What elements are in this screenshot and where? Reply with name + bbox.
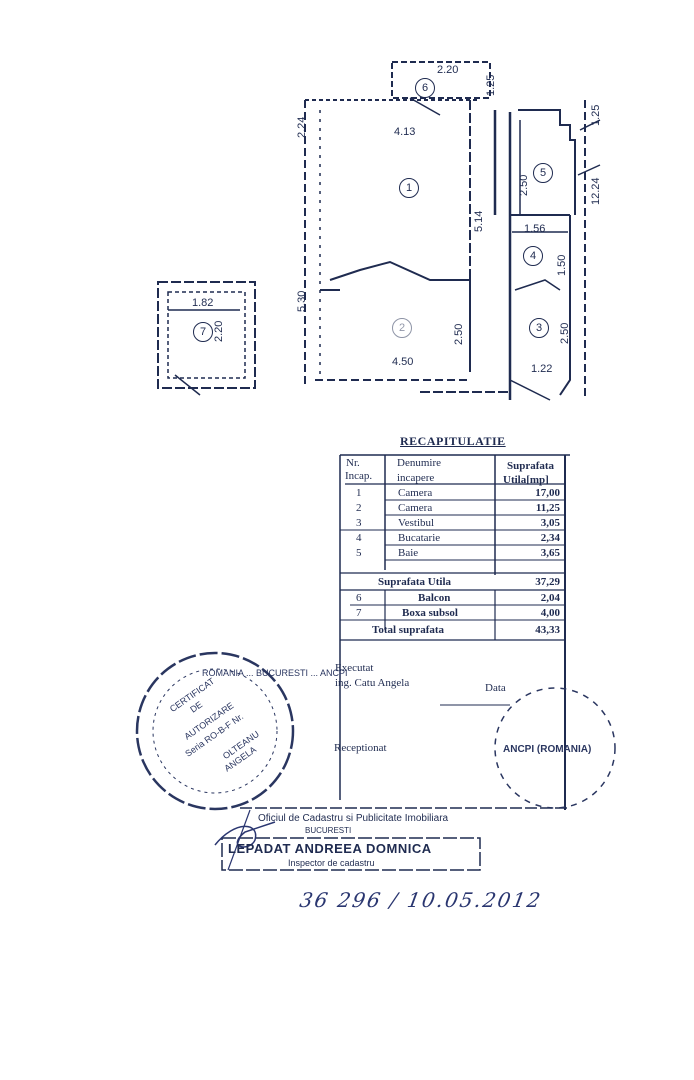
dim-room1-length: 5.14 xyxy=(473,211,485,232)
dim-room4-length: 1.50 xyxy=(556,255,568,276)
row7-name: Boxa subsol xyxy=(402,607,458,619)
inspector-title: Inspector de cadastru xyxy=(288,858,375,868)
ancpi-stamp-text: ANCPI (ROMANIA) xyxy=(503,744,591,755)
dim-room7-length: 2.20 xyxy=(213,321,225,342)
room-4-marker: 4 xyxy=(523,246,543,266)
office-stamp-line2: BUCURESTI xyxy=(305,826,351,835)
inspector-name: LEPADAT ANDREEA DOMNICA xyxy=(228,841,432,856)
row3-area: 3,05 xyxy=(500,517,560,529)
header-name: Denumire xyxy=(397,457,441,469)
useful-area-value: 37,29 xyxy=(500,576,560,588)
room-3-marker: 3 xyxy=(529,318,549,338)
row5-name: Baie xyxy=(398,547,418,559)
room-2-marker: 2 xyxy=(392,318,412,338)
total-value: 43,33 xyxy=(500,624,560,636)
executed-by-name: ing. Catu Angela xyxy=(335,677,409,689)
dim-room1-width: 4.13 xyxy=(394,126,415,138)
header-nr2: Incap. xyxy=(345,470,372,482)
dim-room3-width: 1.22 xyxy=(531,363,552,375)
row1-nr: 1 xyxy=(356,487,362,499)
dim-room7-width: 1.82 xyxy=(192,297,213,309)
dim-room3-length: 2.50 xyxy=(559,323,571,344)
room-5-marker: 5 xyxy=(533,163,553,183)
date-label: Data xyxy=(485,682,506,694)
total-label: Total suprafata xyxy=(372,624,444,636)
header-name2: incapere xyxy=(397,472,434,484)
dim-balcony-side: 1.25 xyxy=(485,75,497,96)
header-nr: Nr. xyxy=(346,457,360,469)
handwritten-registration: 36 296 / 10.05.2012 xyxy=(298,888,544,912)
row3-name: Vestibul xyxy=(398,517,434,529)
room-6-marker: 6 xyxy=(415,78,435,98)
dim-top-left: 2.24 xyxy=(296,117,308,138)
dim-balcony-width: 2.20 xyxy=(437,64,458,76)
floor-plan-drawing xyxy=(0,0,694,1080)
row1-area: 17,00 xyxy=(500,487,560,499)
useful-area-label: Suprafata Utila xyxy=(378,576,451,588)
dim-room2-length: 2.50 xyxy=(453,324,465,345)
dim-room5-length: 2.50 xyxy=(518,175,530,196)
stamp-ring-text: ROMANIA ... BUCURESTI ... ANCPI xyxy=(202,668,348,678)
room-7-marker: 7 xyxy=(193,322,213,342)
row5-area: 3,65 xyxy=(500,547,560,559)
dim-left-total: 5.30 xyxy=(296,291,308,312)
row1-name: Camera xyxy=(398,487,432,499)
header-area2: Utila[mp] xyxy=(503,474,549,486)
dim-room4-width: 1.56 xyxy=(524,223,545,235)
row6-name: Balcon xyxy=(418,592,450,604)
dim-right-total: 12.24 xyxy=(590,177,602,205)
row6-nr: 6 xyxy=(356,592,362,604)
row7-area: 4,00 xyxy=(500,607,560,619)
row2-nr: 2 xyxy=(356,502,362,514)
dim-top-right: 1.25 xyxy=(590,105,602,126)
office-stamp-line1: Oficiul de Cadastru si Publicitate Imobi… xyxy=(258,813,448,824)
row2-name: Camera xyxy=(398,502,432,514)
room-1-marker: 1 xyxy=(399,178,419,198)
dim-room2-width: 4.50 xyxy=(392,356,413,368)
row6-area: 2,04 xyxy=(500,592,560,604)
row3-nr: 3 xyxy=(356,517,362,529)
certification-stamp: ROMANIA ... BUCURESTI ... ANCPI CERTIFIC… xyxy=(150,660,280,800)
received-label: Receptionat xyxy=(334,742,387,754)
row2-area: 11,25 xyxy=(500,502,560,514)
row4-nr: 4 xyxy=(356,532,362,544)
recap-title: RECAPITULATIE xyxy=(400,434,506,449)
header-area: Suprafata xyxy=(507,460,554,472)
row4-area: 2,34 xyxy=(500,532,560,544)
row7-nr: 7 xyxy=(356,607,362,619)
row5-nr: 5 xyxy=(356,547,362,559)
row4-name: Bucatarie xyxy=(398,532,440,544)
